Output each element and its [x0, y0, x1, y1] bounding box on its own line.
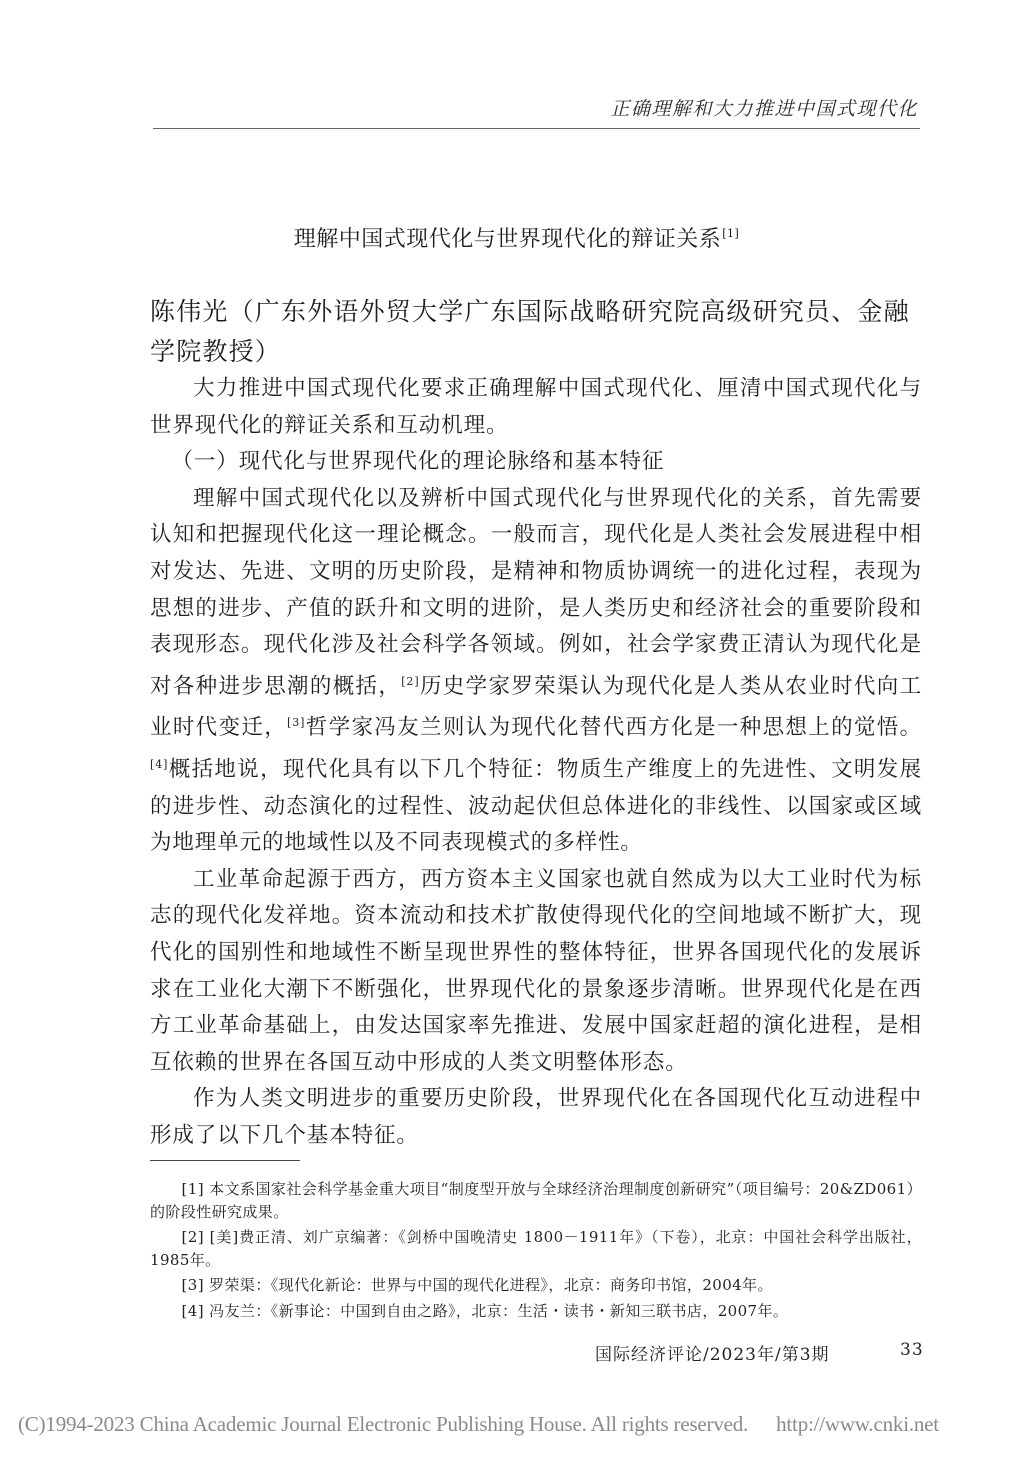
- footnote-2: [2] [美]费正清、刘广京编著：《剑桥中国晚清史 1800－1911年》（下卷…: [150, 1226, 922, 1271]
- section-heading-text: （一）现代化与世界现代化的理论脉络和基本特征: [172, 449, 665, 474]
- footnote-3: [3] 罗荣渠：《现代化新论：世界与中国的现代化进程》，北京：商务印书馆，200…: [150, 1274, 922, 1297]
- paragraph-text: 理解中国式现代化以及辨析中国式现代化与世界现代化的关系，首先需要认知和把握现代化…: [150, 486, 922, 699]
- page-footer: 国际经济评论/2023年/第3期 33: [595, 1340, 830, 1365]
- footnote-ref-3[interactable]: [3]: [287, 716, 305, 729]
- article-title: 理解中国式现代化与世界现代化的辩证关系[1]: [0, 222, 1033, 253]
- copyright-text: (C)1994-2023 China Academic Journal Elec…: [18, 1412, 748, 1436]
- footnote-4: [4] 冯友兰：《新事论：中国到自由之路》，北京：生活・读书・新知三联书店，20…: [150, 1300, 922, 1323]
- page-header: 正确理解和大力推进中国式现代化: [153, 92, 920, 129]
- paragraph-intro: 大力推进中国式现代化要求正确理解中国式现代化、厘清中国式现代化与世界现代化的辩证…: [150, 371, 922, 444]
- running-title: 正确理解和大力推进中国式现代化: [610, 94, 918, 121]
- footnote-ref-2[interactable]: [2]: [401, 675, 419, 688]
- paragraph-industrial-revolution: 工业革命起源于西方，西方资本主义国家也就自然成为以大工业时代为标志的现代化发祥地…: [150, 862, 922, 1082]
- article-body: 大力推进中国式现代化要求正确理解中国式现代化、厘清中国式现代化与世界现代化的辩证…: [150, 371, 922, 1154]
- author-byline: 陈伟光（广东外语外贸大学广东国际战略研究院高级研究员、金融学院教授）: [150, 292, 925, 372]
- copyright-line: (C)1994-2023 China Academic Journal Elec…: [18, 1412, 1033, 1437]
- footnote-divider: [150, 1160, 300, 1161]
- page-number: 33: [900, 1340, 924, 1360]
- paragraph-text: 哲学家冯友兰则认为现代化替代西方化是一种思想上的觉悟。: [305, 715, 922, 740]
- footnotes: [1] 本文系国家社会科学基金重大项目“制度型开放与全球经济治理制度创新研究”（…: [150, 1178, 922, 1325]
- journal-issue: 国际经济评论/2023年/第3期: [595, 1345, 830, 1365]
- article-title-text: 理解中国式现代化与世界现代化的辩证关系: [294, 227, 722, 252]
- paragraph-modernization-concept: 理解中国式现代化以及辨析中国式现代化与世界现代化的关系，首先需要认知和把握现代化…: [150, 481, 922, 862]
- section-heading: （一）现代化与世界现代化的理论脉络和基本特征: [150, 444, 922, 481]
- paragraph-basic-features: 作为人类文明进步的重要历史阶段，世界现代化在各国现代化互动进程中形成了以下几个基…: [150, 1081, 922, 1154]
- cnki-link[interactable]: http://www.cnki.net: [776, 1412, 939, 1436]
- footnote-ref-4[interactable]: [4]: [150, 758, 168, 771]
- title-footnote-ref[interactable]: [1]: [722, 227, 739, 240]
- footnote-1: [1] 本文系国家社会科学基金重大项目“制度型开放与全球经济治理制度创新研究”（…: [150, 1178, 922, 1223]
- paragraph-text: 概括地说，现代化具有以下几个特征：物质生产维度上的先进性、文明发展的进步性、动态…: [150, 757, 922, 855]
